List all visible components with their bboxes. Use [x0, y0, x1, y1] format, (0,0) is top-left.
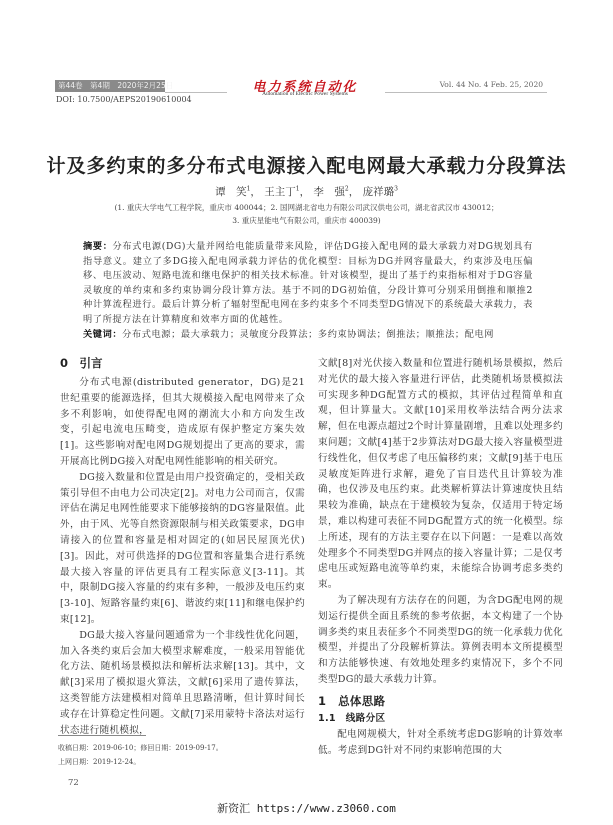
section-heading-overall-approach: 1 总体思路 [318, 692, 563, 710]
keywords: 关键词：分布式电源；最大承载力；灵敏度分段算法；多约束协调法；倒推法；顺推法；配… [83, 328, 533, 343]
header-rule-right [385, 92, 547, 93]
keywords-label: 关键词： [83, 329, 122, 340]
paragraph: 文献[8]对光伏接入数量和位置进行随机场景模拟，然后对光伏的最大接入容量进行评估… [318, 356, 563, 593]
affiliations-line-1: (1. 重庆大学电气工程学院，重庆市 400044；2. 国网湖北省电力有限公司… [0, 202, 613, 213]
left-column: 分布式电源(distributed generator，DG)是21世纪重要的能… [60, 375, 305, 738]
abstract: 摘要：分布式电源(DG)大量并网给电能质量带来风险，评估DG接入配电网的最大承载… [83, 240, 533, 343]
issue-badge: 第44卷 第4期 2020年2月25日 [55, 80, 165, 92]
author: 王主丁 [264, 186, 296, 198]
volume-info: Vol. 44 No. 4 Feb. 25, 2020 [383, 80, 543, 89]
article-title: 计及多约束的多分布式电源接入配电网最大承载力分段算法 [0, 151, 613, 178]
section-heading-introduction: 0 引言 [60, 355, 103, 371]
keywords-text: 分布式电源；最大承载力；灵敏度分段算法；多约束协调法；倒推法；顺推法；配电网 [122, 329, 494, 340]
right-column: 文献[8]对光伏接入数量和位置进行随机场景模拟，然后对光伏的最大接入容量进行评估… [318, 356, 563, 758]
affiliations-line-2: 3. 重庆星能电气有限公司，重庆市 400039) [0, 215, 613, 226]
paragraph: 分布式电源(distributed generator，DG)是21世纪重要的能… [60, 375, 305, 470]
journal-name-en: Automation of Electric Power Systems [225, 91, 385, 97]
subsection-heading-line-partition: 1.1 线路分区 [318, 710, 563, 727]
author: 庞祥璐 [363, 186, 395, 198]
paragraph: 为了解决现有方法存在的问题，为含DG配电网的规划运行提供全面且系统的参考依据，本… [318, 593, 563, 688]
received-date: 收稿日期：2019-06-10；修回日期：2019-09-17。 [58, 743, 223, 753]
author: 谭 笑 [215, 186, 247, 198]
abstract-label: 摘要： [83, 241, 113, 252]
paragraph: DG最大接入容量问题通常为一个非线性优化问题，加入各类约束后会加大模型求解难度，… [60, 628, 305, 739]
author-list: 谭 笑1， 王主丁1， 李 强2， 庞祥璐3 [0, 184, 613, 199]
watermark: 新资汇 https://www.z3060.com [0, 800, 613, 816]
footnote-divider [58, 735, 146, 736]
abstract-text: 分布式电源(DG)大量并网给电能质量带来风险，评估DG接入配电网的最大承载力对D… [83, 241, 533, 325]
online-date: 上网日期：2019-12-24。 [58, 757, 140, 767]
paragraph: 配电网规模大，针对全系统考虑DG影响的计算效率低。考虑到DG针对不同约束影响范围… [318, 727, 563, 759]
page-number: 72 [68, 778, 79, 788]
paragraph: DG接入数量和位置是由用户投资确定的，受相关政策引导但不由电力公司决定[2]。对… [60, 470, 305, 628]
header-rule-left [165, 92, 227, 93]
author: 李 强 [313, 186, 345, 198]
doi: DOI: 10.7500/AEPS20190610004 [56, 95, 192, 104]
